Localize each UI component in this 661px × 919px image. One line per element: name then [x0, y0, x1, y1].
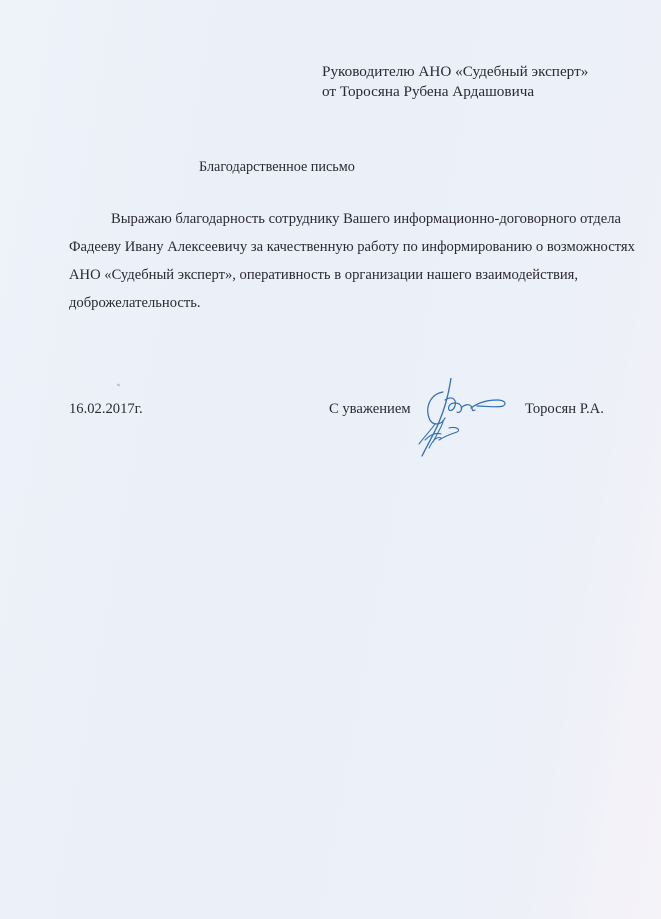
addressee-block: Руководителю АНО «Судебный эксперт» от Т… [322, 62, 588, 102]
body-line: Фадееву Ивану Алексеевичу за качественну… [69, 233, 629, 261]
letter-body: Выражаю благодарность сотруднику Вашего … [69, 205, 629, 317]
body-line: Выражаю благодарность сотруднику Вашего … [69, 205, 629, 233]
letter-title: Благодарственное письмо [199, 158, 355, 176]
letter-date: 16.02.2017г. [69, 401, 143, 418]
closing-regards: С уважением [329, 401, 411, 418]
signature-icon [405, 378, 515, 458]
scan-speck [117, 383, 121, 386]
body-line: АНО «Судебный эксперт», оперативность в … [69, 261, 629, 289]
addressee-recipient: Руководителю АНО «Судебный эксперт» [322, 62, 588, 82]
signer-name: Торосян Р.А. [525, 401, 604, 418]
addressee-sender: от Торосяна Рубена Ардашовича [322, 82, 588, 102]
body-line: доброжелательность. [69, 289, 629, 317]
letter-page: Руководителю АНО «Судебный эксперт» от Т… [0, 0, 661, 919]
